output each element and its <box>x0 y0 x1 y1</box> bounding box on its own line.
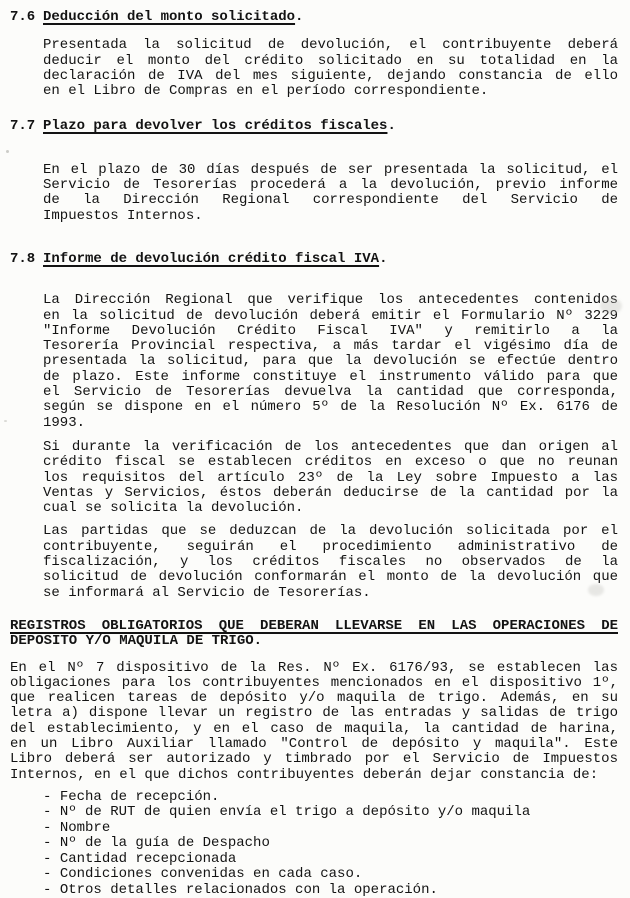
document-page: 7.6 Deducción del monto solicitado. Pres… <box>0 0 630 898</box>
bullet-item: Nº de RUT de quien envía el trigo a depó… <box>43 805 618 821</box>
section-heading: Deducción del monto solicitado. <box>43 10 618 25</box>
scan-speck <box>6 150 9 153</box>
bullet-item: Fecha de recepción. <box>43 790 618 806</box>
bullet-item: Condiciones convenidas en cada caso. <box>43 867 618 883</box>
text-line: Libro deberá ser autorizado y timbrado p… <box>10 752 618 767</box>
section-heading-text: Plazo para devolver los créditos fiscale… <box>43 118 387 134</box>
text-line: La Dirección Regional que verifique los … <box>43 293 618 308</box>
text-line: según se dispone en el número 5º de la R… <box>43 400 618 415</box>
paragraph: Presentada la solicitud de devolución, e… <box>43 38 618 99</box>
text-line: Las partidas que se deduzcan de la devol… <box>43 524 618 539</box>
section-7-6: 7.6 Deducción del monto solicitado. Pres… <box>10 10 618 99</box>
section-number: 7.6 <box>10 10 43 99</box>
text-line: declaración de IVA del mes siguiente, de… <box>43 69 618 84</box>
paragraph: En el plazo de 30 días después de ser pr… <box>43 163 618 224</box>
text-line: solicitud de devolución conformarán el m… <box>43 570 618 585</box>
text-line: "Informe Devolución Crédito Fiscal IVA" … <box>43 324 618 339</box>
bullet-item: Nº de la guía de Despacho <box>43 836 618 852</box>
text-line: cual se solicita la devolución. <box>43 501 618 516</box>
section-heading-text: Informe de devolución crédito fiscal IVA <box>43 251 379 267</box>
scan-speck <box>4 420 7 422</box>
paragraph: Si durante la verificación de los antece… <box>43 440 618 516</box>
section-heading-text: Deducción del monto solicitado <box>43 9 295 25</box>
text-line: de la Dirección Regional correspondiente… <box>43 193 618 208</box>
section-number: 7.7 <box>10 119 43 223</box>
registros-heading-line1: REGISTROS OBLIGATORIOS QUE DEBERAN LLEVA… <box>10 619 618 634</box>
bullet-item: Otros detalles relacionados con la opera… <box>43 883 618 898</box>
section-heading: Plazo para devolver los créditos fiscale… <box>43 119 618 134</box>
heading-period: . <box>379 251 387 267</box>
registros-heading-line2: DEPOSITO Y/O MAQUILA DE TRIGO. <box>10 634 618 649</box>
heading-period: . <box>387 118 395 134</box>
bullet-list: Fecha de recepción.Nº de RUT de quien en… <box>43 790 618 898</box>
text-line: en un Libro Auxiliar llamado "Control de… <box>10 737 618 752</box>
scan-smudge <box>588 584 604 596</box>
registros-heading: REGISTROS OBLIGATORIOS QUE DEBERAN LLEVA… <box>10 619 618 650</box>
text-line: en la solicitud de devolución deberá emi… <box>43 309 618 324</box>
text-line: letra a) dispone llevar un registro de l… <box>10 706 618 721</box>
text-line: deducir el monto del crédito solicitado … <box>43 54 618 69</box>
text-line: Impuestos Internos. <box>43 209 618 224</box>
bullet-item: Cantidad recepcionada <box>43 852 618 868</box>
text-line: de plazo. Este informe constituye el ins… <box>43 370 618 385</box>
paragraph: La Dirección Regional que verifique los … <box>43 293 618 431</box>
text-line: En el plazo de 30 días después de ser pr… <box>43 163 618 178</box>
text-line: Presentada la solicitud de devolución, e… <box>43 38 618 53</box>
text-line: En el Nº 7 dispositivo de la Res. Nº Ex.… <box>10 661 618 676</box>
text-line: Tesorería Provincial respectiva, a más t… <box>43 339 618 354</box>
text-line: del establecimiento, y en el caso de maq… <box>10 722 618 737</box>
text-line: fiscalización, y los créditos fiscales n… <box>43 555 618 570</box>
section-number: 7.8 <box>10 252 43 601</box>
text-line: obligaciones para los contribuyentes men… <box>10 676 618 691</box>
section-heading: Informe de devolución crédito fiscal IVA… <box>43 252 618 267</box>
section-registros: REGISTROS OBLIGATORIOS QUE DEBERAN LLEVA… <box>10 619 618 898</box>
text-line: Ventas y Servicios, éstos deberán deduci… <box>43 486 618 501</box>
section-7-7: 7.7 Plazo para devolver los créditos fis… <box>10 119 618 223</box>
text-line: crédito fiscal se establecen créditos en… <box>43 455 618 470</box>
text-line: 1993. <box>43 416 618 431</box>
section-7-8: 7.8 Informe de devolución crédito fiscal… <box>10 252 618 601</box>
text-line: presentada la solicitud, para que la dev… <box>43 354 618 369</box>
text-line: contribuyente, seguirán el procedimiento… <box>43 540 618 555</box>
text-line: Servicio de Tesorerías procederá a la de… <box>43 178 618 193</box>
bullet-item: Nombre <box>43 821 618 837</box>
paragraph: Las partidas que se deduzcan de la devol… <box>43 524 618 600</box>
text-line: Si durante la verificación de los antece… <box>43 440 618 455</box>
text-line: que realicen tareas de depósito y/o maqu… <box>10 691 618 706</box>
text-line: el Servicio de Tesorerías devuelva la ca… <box>43 385 618 400</box>
text-line: los requisitos del artículo 23º de la Le… <box>43 471 618 486</box>
text-line: Internos, en el que dichos contribuyente… <box>10 768 618 783</box>
heading-period: . <box>295 9 303 25</box>
scan-smudge <box>600 298 622 314</box>
paragraph: En el Nº 7 dispositivo de la Res. Nº Ex.… <box>10 661 618 783</box>
text-line: en el Libro de Compras en el período cor… <box>43 84 618 99</box>
text-line: se informará al Servicio de Tesorerías. <box>43 586 618 601</box>
